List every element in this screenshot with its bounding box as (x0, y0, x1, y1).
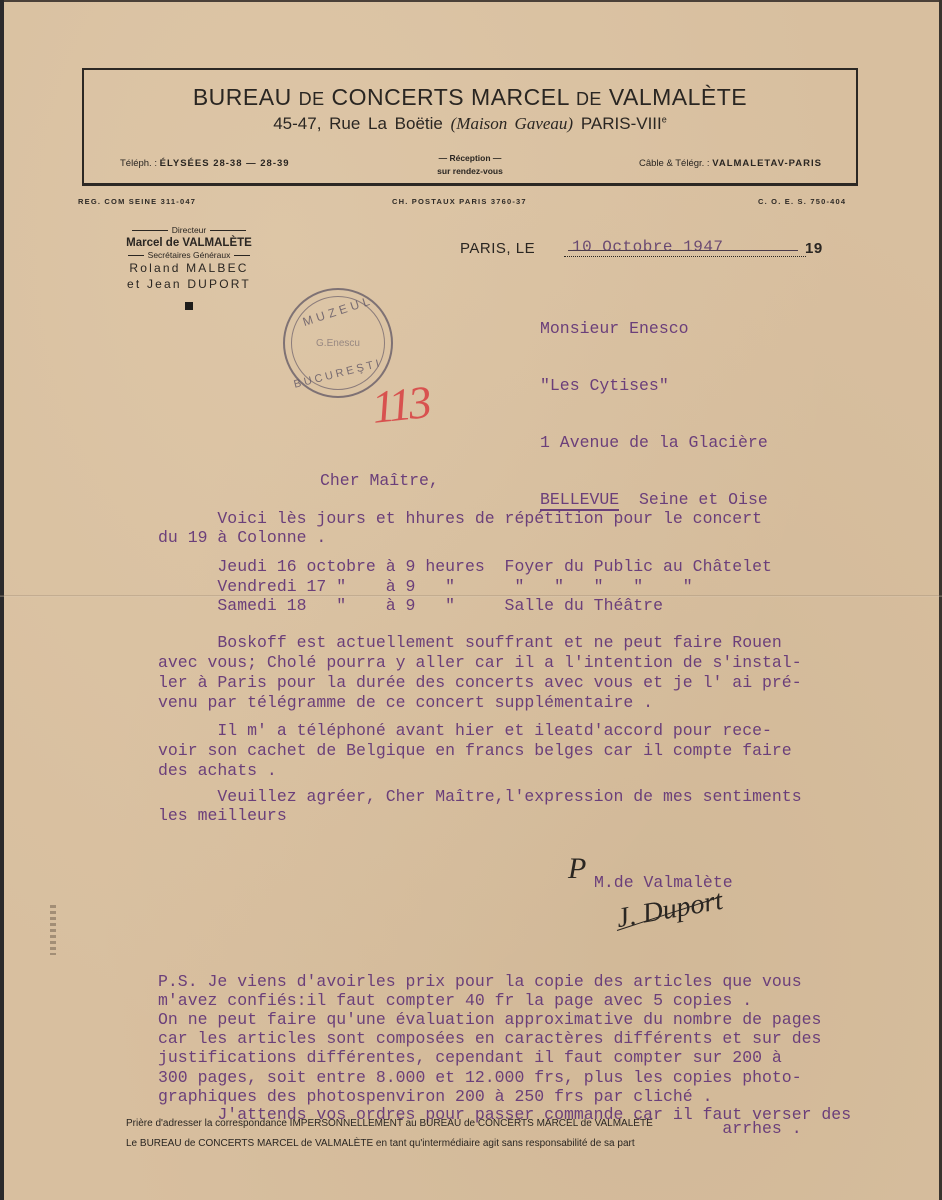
postscript-line: 300 pages, soit entre 8.000 et 12.000 fr… (158, 1068, 802, 1087)
cable-value: VALMALETAV-PARIS (712, 158, 822, 169)
letter-line: Il m' a téléphoné avant hier et ileatd'a… (158, 721, 772, 740)
staff-block: Directeur Marcel de VALMALÈTE Secrétaire… (116, 225, 262, 315)
letterhead-box: BUREAU DE CONCERTS MARCEL DE VALMALÈTE 4… (82, 68, 858, 186)
letter-line: venu par télégramme de ce concert supplé… (158, 693, 653, 712)
letter-line: Boskoff est actuellement souffrant et ne… (158, 633, 782, 652)
recipient-region: Seine et Oise (619, 490, 768, 509)
postscript-line: P.S. Je viens d'avoirles prix pour la co… (158, 972, 802, 991)
postscript-line: graphiques des photospenviron 200 à 250 … (158, 1087, 713, 1106)
cable-label: Câble & Télégr. : (639, 158, 710, 169)
registry-postal: CH. POSTAUX PARIS 3760-37 (392, 197, 527, 206)
director-role-label: Directeur (172, 225, 206, 235)
reception-hours: sur rendez-vous (437, 166, 503, 176)
letter-line: du 19 à Colonne . (158, 528, 326, 547)
archive-number: 113 (369, 375, 431, 434)
secretaries-role: Secrétaires Généraux (116, 250, 262, 260)
rule-decoration (234, 255, 250, 256)
letter-line: les meilleurs (158, 806, 287, 825)
letter-line: Voici lès jours et hhures de répétition … (158, 509, 762, 528)
title-word: DE (299, 89, 325, 109)
recipient-name: Monsieur Enesco (540, 319, 768, 338)
handwritten-signature: J. Duport (614, 885, 725, 935)
printed-year: 19 (805, 240, 823, 257)
registry-commerce: REG. COM SEINE 311-047 (78, 197, 196, 206)
rule-decoration (132, 230, 168, 231)
registry-coes: C. O. E. S. 750-404 (758, 197, 846, 206)
postscript-line: car les articles sont composées en carac… (158, 1029, 821, 1048)
letterhead-address: 45-47, Rue La Boëtie (Maison Gaveau) PAR… (84, 114, 856, 134)
square-bullet-icon (185, 302, 193, 310)
street-address: 45-47, Rue La Boëtie (273, 114, 443, 133)
recipient-house: "Les Cytises" (540, 376, 768, 395)
building-name: (Maison Gaveau) (451, 114, 573, 133)
letter-page: BUREAU DE CONCERTS MARCEL DE VALMALÈTE 4… (0, 0, 942, 1200)
recipient-town: BELLEVUE (540, 490, 619, 511)
title-word: VALMALÈTE (609, 84, 747, 110)
footer-notice: Prière d'adresser la correspondance IMPE… (126, 1118, 653, 1129)
letterhead-cable: Câble & Télégr. : VALMALETAV-PARIS (639, 158, 822, 169)
dateline-prefix: PARIS, LE (460, 240, 535, 257)
postscript-line: On ne peut faire qu'une évaluation appro… (158, 1010, 821, 1029)
letter-line: Veuillez agréer, Cher Maître,l'expressio… (158, 787, 802, 806)
reception-label: — Réception — (439, 153, 502, 163)
recipient-address: Monsieur Enesco "Les Cytises" 1 Avenue d… (540, 281, 768, 547)
letterhead-title: BUREAU DE CONCERTS MARCEL DE VALMALÈTE (84, 84, 856, 111)
dateline: PARIS, LE 10 Octobre 1947 19 (460, 240, 535, 257)
director-name: Marcel de VALMALÈTE (116, 237, 262, 249)
secretaries-role-label: Secrétaires Généraux (148, 250, 231, 260)
per-procuration-mark: P (568, 852, 586, 886)
schedule-line: Jeudi 16 octobre à 9 heures Foyer du Pub… (158, 557, 772, 576)
city: PARIS-VIII (581, 114, 662, 133)
footer-disclaimer: Le BUREAU de CONCERTS MARCEL de VALMALÈT… (126, 1138, 635, 1149)
secretary-name: et Jean DUPORT (116, 276, 262, 292)
letter-line: avec vous; Cholé pourra y aller car il a… (158, 653, 802, 672)
rule-decoration (128, 255, 144, 256)
schedule-line: Samedi 18 " à 9 " Salle du Théâtre (158, 596, 663, 615)
margin-pencil-mark (50, 905, 56, 955)
stamp-middle-text: G.Enescu (285, 338, 391, 349)
director-role: Directeur (116, 225, 262, 235)
recipient-street: 1 Avenue de la Glacière (540, 433, 768, 452)
schedule-line: Vendredi 17 " à 9 " " " " " " (158, 577, 693, 596)
secretary-name: Roland MALBEC (116, 260, 262, 276)
recipient-town-line: BELLEVUE Seine et Oise (540, 490, 768, 509)
letter-line: ler à Paris pour la durée des concerts a… (158, 673, 802, 692)
salutation: Cher Maître, (320, 471, 439, 490)
paper-edge-top (0, 0, 942, 2)
letter-line: voir son cachet de Belgique en francs be… (158, 741, 792, 760)
paper-edge-left (0, 0, 4, 1200)
title-word: DE (576, 89, 602, 109)
postscript-line: m'avez confiés:il faut compter 40 fr la … (158, 991, 752, 1010)
title-word: BUREAU (193, 84, 292, 110)
title-word: CONCERTS MARCEL (332, 84, 570, 110)
letter-line: des achats . (158, 761, 277, 780)
typed-date: 10 Octobre 1947 (564, 238, 806, 257)
arrondissement-suffix: e (662, 114, 667, 124)
rule-decoration (210, 230, 246, 231)
strikethrough-line (568, 250, 798, 251)
postscript-line: justifications différentes, cependant il… (158, 1048, 782, 1067)
